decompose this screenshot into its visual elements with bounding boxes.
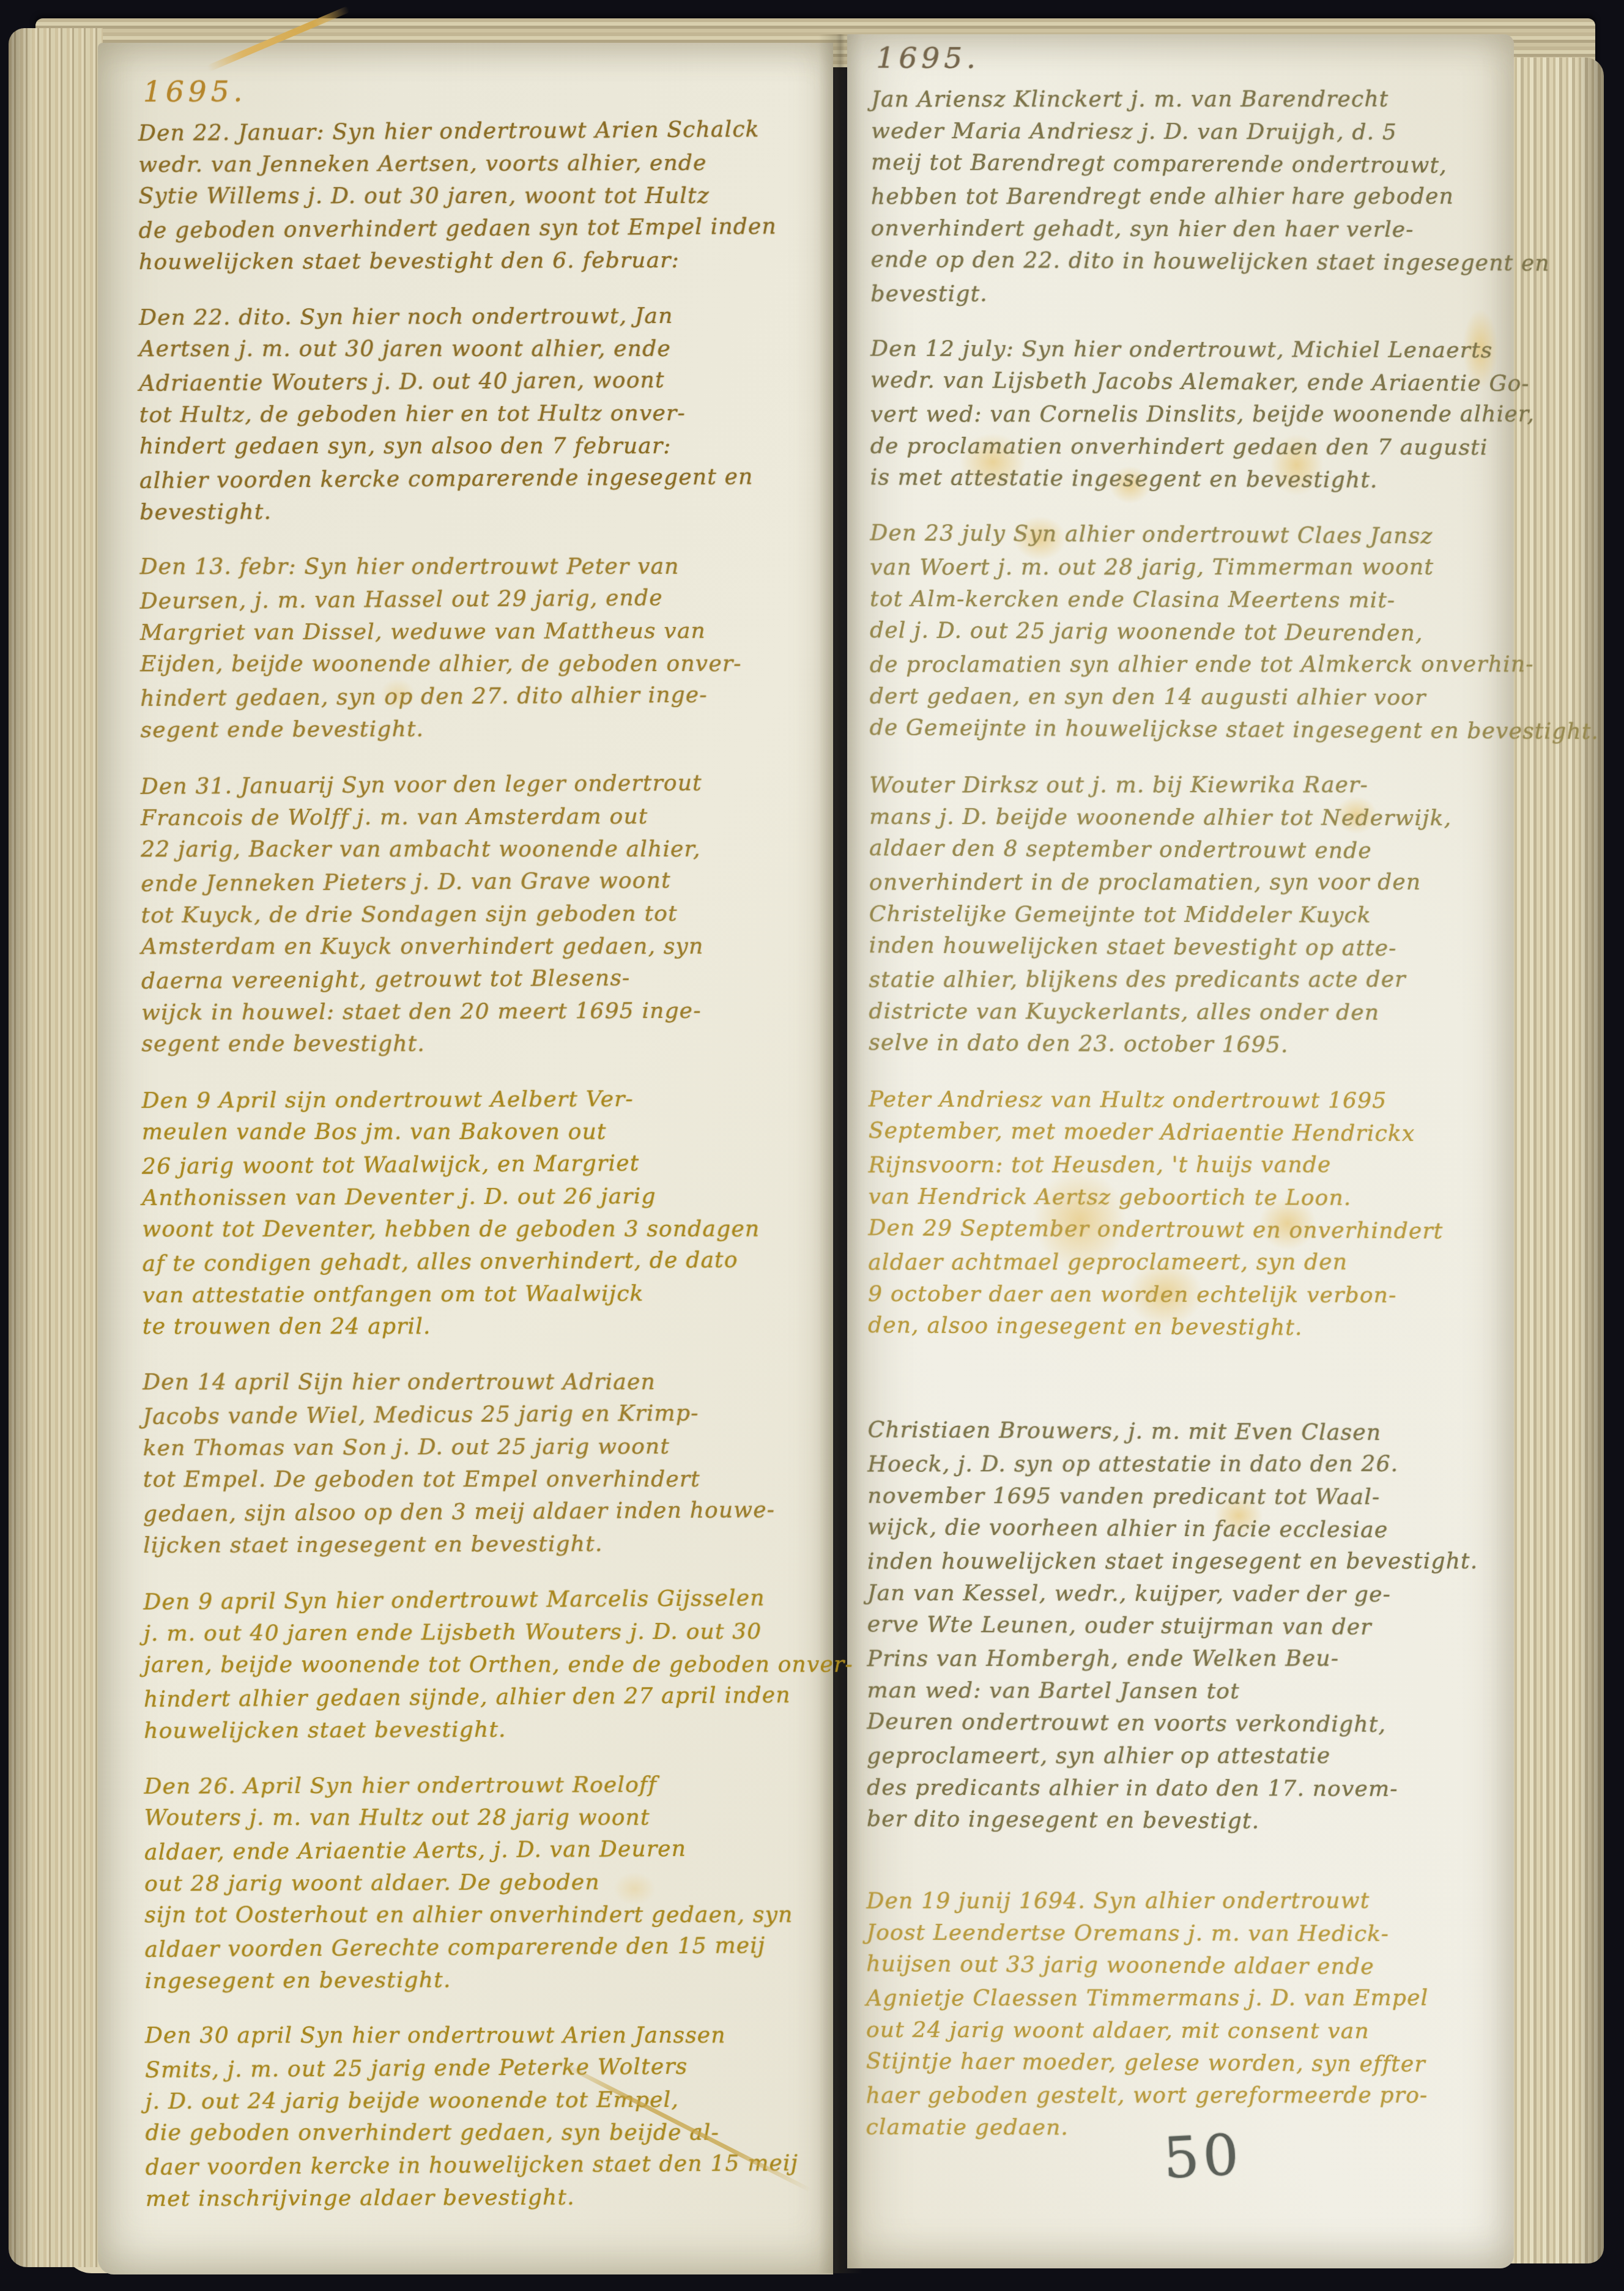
manuscript-line: meij tot Barendregt comparerende ondertr… <box>871 146 1513 182</box>
register-entry: Den 22. Januar: Syn hier ondertrouwt Ari… <box>138 114 828 278</box>
manuscript-line: del j. D. out 25 jarig woonende tot Deur… <box>870 614 1512 650</box>
manuscript-line: aldaer den 8 september ondertrouwt ende <box>869 832 1511 868</box>
manuscript-line: Den 14 april Sijn hier ondertrouwt Adria… <box>143 1366 831 1398</box>
register-entry: Den 9 April sijn ondertrouwt Aelbert Ver… <box>142 1082 831 1344</box>
manuscript-line: Wouter Dirksz out j. m. bij Kiewrika Rae… <box>869 769 1511 802</box>
manuscript-line: Den 23 july Syn alhier ondertrouwt Claes… <box>870 517 1512 553</box>
manuscript-line: Prins van Hombergh, ende Welken Beu- <box>867 1643 1510 1676</box>
manuscript-line: ende op den 22. dito in houwelijcken sta… <box>870 243 1513 280</box>
register-entry: Den 14 april Sijn hier ondertrouwt Adria… <box>143 1365 832 1562</box>
manuscript-line: Peter Andriesz van Hultz ondertrouwt 169… <box>869 1083 1511 1118</box>
register-entry: Den 22. dito. Syn hier noch ondertrouwt,… <box>139 299 828 529</box>
manuscript-line: mans j. D. beijde woonende alhier tot Ne… <box>869 801 1511 835</box>
manuscript-line: houwelijcken staet bevestight den 6. feb… <box>139 243 828 278</box>
manuscript-line: inden houwelijcken staet ingesegent en b… <box>867 1545 1510 1578</box>
manuscript-line: Joost Leendertse Oremans j. m. van Hedic… <box>866 1917 1508 1951</box>
manuscript-line: ingesegent en bevestight. <box>145 1962 834 1997</box>
manuscript-line: aldaer, ende Ariaentie Aerts, j. D. van … <box>144 1832 833 1868</box>
manuscript-line: Hoeck, j. D. syn op attestatie in dato d… <box>867 1448 1510 1481</box>
register-entry: Den 31. Januarij Syn voor den leger onde… <box>141 767 831 1061</box>
manuscript-line: 22 jarig, Backer van ambacht woonende al… <box>141 833 829 866</box>
manuscript-line: Den 13. febr: Syn hier ondertrouwt Peter… <box>140 551 829 583</box>
register-entry: Den 23 july Syn alhier ondertrouwt Claes… <box>870 518 1513 747</box>
manuscript-line: wedr. van Jenneken Aertsen, voorts alhie… <box>138 146 827 181</box>
manuscript-line: de proclamatien onverhindert gedaen den … <box>870 430 1513 464</box>
manuscript-line: Jan van Kessel, wedr., kuijper, vader de… <box>867 1577 1510 1611</box>
manuscript-line: alhier voorden kercke comparerende inges… <box>139 460 828 497</box>
manuscript-line: hindert alhier gedaen sijnde, alhier den… <box>144 1679 832 1715</box>
manuscript-line: wijck, die voorheen alhier in facie eccl… <box>867 1511 1510 1547</box>
manuscript-line: des predicants alhier in dato den 17. no… <box>867 1772 1509 1806</box>
manuscript-photo: 1695. Den 22. Januar: Syn hier ondertrou… <box>0 0 1624 2291</box>
manuscript-line: ber dito ingesegent en bevestigt. <box>867 1803 1509 1839</box>
manuscript-line: Den 30 april Syn hier ondertrouwt Arien … <box>145 2019 834 2052</box>
manuscript-line: van Woert j. m. out 28 jarig, Timmerman … <box>870 551 1512 584</box>
manuscript-line: geproclameert, syn alhier op attestatie <box>867 1740 1509 1773</box>
manuscript-line: ende Jenneken Pieters j. D. van Grave wo… <box>141 863 829 900</box>
manuscript-line: dert gedaen, en syn den 14 augusti alhie… <box>870 680 1512 715</box>
register-entry: Den 12 july: Syn hier ondertrouwt, Michi… <box>870 333 1513 497</box>
manuscript-line: bevestigt. <box>870 278 1513 311</box>
manuscript-line: districte van Kuyckerlants, alles onder … <box>869 995 1511 1030</box>
manuscript-line: inden houwelijcken staet bevestight op a… <box>869 929 1511 965</box>
manuscript-line: Amsterdam en Kuyck onverhindert gedaen, … <box>141 930 830 963</box>
manuscript-line: november 1695 vanden predicant tot Waal- <box>867 1480 1510 1514</box>
manuscript-line: 9 october daer aen worden echtelijk verb… <box>868 1278 1510 1312</box>
manuscript-line: de Gemeijnte in houwelijckse staet inges… <box>869 711 1511 748</box>
manuscript-line: September, met moeder Adriaentie Hendric… <box>869 1115 1511 1151</box>
manuscript-line: Rijnsvoorn: tot Heusden, 't huijs vande <box>869 1149 1511 1182</box>
manuscript-line: Francois de Wolff j. m. van Amsterdam ou… <box>141 800 829 834</box>
manuscript-line: statie alhier, blijkens des predicants a… <box>869 964 1511 997</box>
manuscript-line: de geboden onverhindert gedaen syn tot E… <box>139 210 828 247</box>
manuscript-line: Den 26. April Syn hier ondertrouwt Roelo… <box>144 1768 833 1803</box>
manuscript-line: van attestatie ontfangen om tot Waalwijc… <box>143 1277 831 1312</box>
manuscript-line: Den 9 april Syn hier ondertrouwt Marceli… <box>143 1581 832 1618</box>
manuscript-line: Deursen, j. m. van Hassel out 29 jarig, … <box>140 581 829 617</box>
left-page-entries: Den 22. Januar: Syn hier ondertrouwt Ari… <box>138 114 834 2215</box>
manuscript-line: tot Hultz, de geboden hier en tot Hultz … <box>139 396 828 431</box>
manuscript-line: Den 19 junij 1694. Syn alhier ondertrouw… <box>867 1885 1509 1918</box>
manuscript-line: wijck in houwel: staet den 20 meert 1695… <box>141 994 830 1029</box>
manuscript-line: Margriet van Dissel, weduwe van Mattheus… <box>140 614 829 649</box>
manuscript-line: huijsen out 33 jarig woonende aldaer end… <box>866 1948 1508 1984</box>
manuscript-line: daer voorden kercke in houwelijcken stae… <box>146 2147 834 2183</box>
manuscript-line: onverhindert in de proclamatien, syn voo… <box>869 866 1511 899</box>
manuscript-line: Jacobs vande Wiel, Medicus 25 jarig en K… <box>143 1396 831 1433</box>
register-entry: Wouter Dirksz out j. m. bij Kiewrika Rae… <box>869 768 1511 1062</box>
manuscript-line: Aertsen j. m. out 30 jaren woont alhier,… <box>139 333 828 365</box>
manuscript-line: j. D. out 24 jarig beijde woonende tot E… <box>145 2083 834 2118</box>
manuscript-line: Stijntje haer moeder, gelese worden, syn… <box>866 2045 1508 2081</box>
manuscript-line: bevestight. <box>139 494 828 529</box>
manuscript-line: met inschrijvinge aldaer bevestight. <box>146 2180 834 2215</box>
manuscript-line: jaren, beijde woonende tot Orthen, ende … <box>144 1649 832 1681</box>
manuscript-line: segent ende bevestight. <box>141 1028 830 1060</box>
manuscript-line: 26 jarig woont tot Waalwijck, en Margrie… <box>142 1146 831 1183</box>
manuscript-line: Smits, j. m. out 25 jarig ende Peterke W… <box>145 2049 834 2086</box>
manuscript-line: Eijden, beijde woonende alhier, de gebod… <box>140 648 829 680</box>
manuscript-line: man wed: van Bartel Jansen tot <box>867 1674 1509 1709</box>
manuscript-line: Den 9 April sijn ondertrouwt Aelbert Ver… <box>142 1082 831 1117</box>
manuscript-line: daerna vereenight, getrouwt tot Blesens- <box>141 960 830 997</box>
manuscript-line: Den 22. dito. Syn hier noch ondertrouwt,… <box>139 299 828 334</box>
manuscript-line: lijcken staet ingesegent en bevestight. <box>143 1527 832 1562</box>
manuscript-line: aldaer achtmael geproclameert, syn den <box>868 1246 1510 1279</box>
manuscript-line: selve in dato den 23. october 1695. <box>869 1027 1511 1063</box>
manuscript-line: haer geboden gestelt, wort gereformeerde… <box>866 2079 1508 2112</box>
right-page-text: 1695. Jan Ariensz Klinckert j. m. van Ba… <box>866 40 1513 2169</box>
manuscript-line: Den 22. Januar: Syn hier ondertrouwt Ari… <box>138 113 827 149</box>
manuscript-line: hindert gedaen, syn op den 27. dito alhi… <box>140 678 829 715</box>
manuscript-line: Deuren ondertrouwt en voorts verkondight… <box>867 1706 1509 1742</box>
manuscript-line: vert wed: van Cornelis Dinslits, beijde … <box>870 398 1513 431</box>
manuscript-line: van Hendrick Aertsz geboortich te Loon. <box>869 1181 1511 1215</box>
manuscript-line: af te condigen gehadt, alles onverhinder… <box>142 1243 831 1280</box>
manuscript-line: sijn tot Oosterhout en alhier onverhinde… <box>144 1899 833 1931</box>
manuscript-line: weder Maria Andriesz j. D. van Druijgh, … <box>871 115 1513 149</box>
manuscript-line: Den 29 September ondertrouwt en onverhin… <box>868 1212 1510 1248</box>
year-heading-right: 1695. <box>876 40 1513 80</box>
year-heading-left: 1695. <box>143 71 827 111</box>
manuscript-line: woont tot Deventer, hebben de geboden 3 … <box>142 1213 831 1246</box>
manuscript-line: gedaen, sijn alsoo op den 3 meij aldaer … <box>143 1493 832 1530</box>
manuscript-line: meulen vande Bos jm. van Bakoven out <box>142 1116 831 1148</box>
manuscript-line: te trouwen den 24 april. <box>143 1310 831 1343</box>
manuscript-line: Anthonissen van Deventer j. D. out 26 ja… <box>142 1179 831 1214</box>
manuscript-line: hebben tot Barendregt ende alhier hare g… <box>871 180 1513 214</box>
register-entry: Den 26. April Syn hier ondertrouwt Roelo… <box>144 1768 834 1997</box>
manuscript-line: wedr. van Lijsbeth Jacobs Alemaker, ende… <box>870 364 1513 400</box>
manuscript-line: erve Wte Leunen, ouder stuijrman van der <box>867 1608 1510 1644</box>
manuscript-line: ken Thomas van Son j. D. out 25 jarig wo… <box>143 1430 832 1465</box>
left-page-text: 1695. Den 22. Januar: Syn hier ondertrou… <box>138 71 834 2238</box>
register-entry: Jan Ariensz Klinckert j. m. van Barendre… <box>870 83 1513 311</box>
manuscript-line: is met attestatie ingesegent en bevestig… <box>870 461 1513 497</box>
register-entry: Den 30 april Syn hier ondertrouwt Arien … <box>145 2018 834 2215</box>
right-page-entries: Jan Ariensz Klinckert j. m. van Barendre… <box>866 83 1514 2145</box>
manuscript-line: Agnietje Claessen Timmermans j. D. van E… <box>866 1982 1508 2015</box>
manuscript-line: Christelijke Gemeijnte tot Middeler Kuyc… <box>869 898 1511 932</box>
manuscript-line: Christiaen Brouwers, j. m. mit Even Clas… <box>867 1414 1510 1450</box>
register-entry: Den 19 junij 1694. Syn alhier ondertrouw… <box>866 1884 1509 2145</box>
register-entry: Christiaen Brouwers, j. m. mit Even Clas… <box>867 1415 1510 1838</box>
book-left-page-edges <box>9 28 103 2267</box>
manuscript-line: tot Alm-kercken ende Clasina Meertens mi… <box>870 583 1512 617</box>
manuscript-line: Sytie Willems j. D. out 30 jaren, woont … <box>139 180 828 212</box>
register-entry: Den 13. febr: Syn hier ondertrouwt Peter… <box>140 549 829 746</box>
register-entry: Peter Andriesz van Hultz ondertrouwt 169… <box>868 1083 1511 1345</box>
manuscript-line: tot Kuyck, de drie Sondagen sijn geboden… <box>141 897 830 932</box>
manuscript-line: houwelijcken staet bevestight. <box>144 1712 832 1747</box>
register-entry: Den 9 april Syn hier ondertrouwt Marceli… <box>143 1583 832 1747</box>
manuscript-line: den, alsoo ingesegent en bevestight. <box>868 1309 1510 1345</box>
manuscript-line: die geboden onverhindert gedaen, syn bei… <box>146 2117 834 2149</box>
manuscript-line: Den 31. Januarij Syn voor den leger onde… <box>141 766 829 803</box>
manuscript-line: onverhindert gehadt, syn hier den haer v… <box>871 212 1513 247</box>
page-number-stamp: 50 <box>1162 2122 1244 2192</box>
manuscript-line: aldaer voorden Gerechte comparerende den… <box>144 1929 833 1966</box>
manuscript-line: Den 12 july: Syn hier ondertrouwt, Michi… <box>870 333 1513 367</box>
manuscript-line: out 24 jarig woont aldaer, mit consent v… <box>866 2014 1508 2048</box>
manuscript-line: Jan Ariensz Klinckert j. m. van Barendre… <box>871 83 1513 116</box>
manuscript-line: hindert gedaen syn, syn alsoo den 7 febr… <box>139 430 828 462</box>
manuscript-line: tot Empel. De geboden tot Empel onverhin… <box>143 1463 832 1496</box>
manuscript-line: out 28 jarig woont aldaer. De geboden <box>144 1865 833 1900</box>
manuscript-line: Wouters j. m. van Hultz out 28 jarig woo… <box>144 1802 833 1834</box>
manuscript-line: Adriaentie Wouters j. D. out 40 jaren, w… <box>139 363 828 399</box>
manuscript-line: segent ende bevestight. <box>140 711 829 746</box>
manuscript-line: j. m. out 40 jaren ende Lijsbeth Wouters… <box>144 1615 832 1650</box>
manuscript-line: de proclamatien syn alhier ende tot Almk… <box>870 648 1512 681</box>
